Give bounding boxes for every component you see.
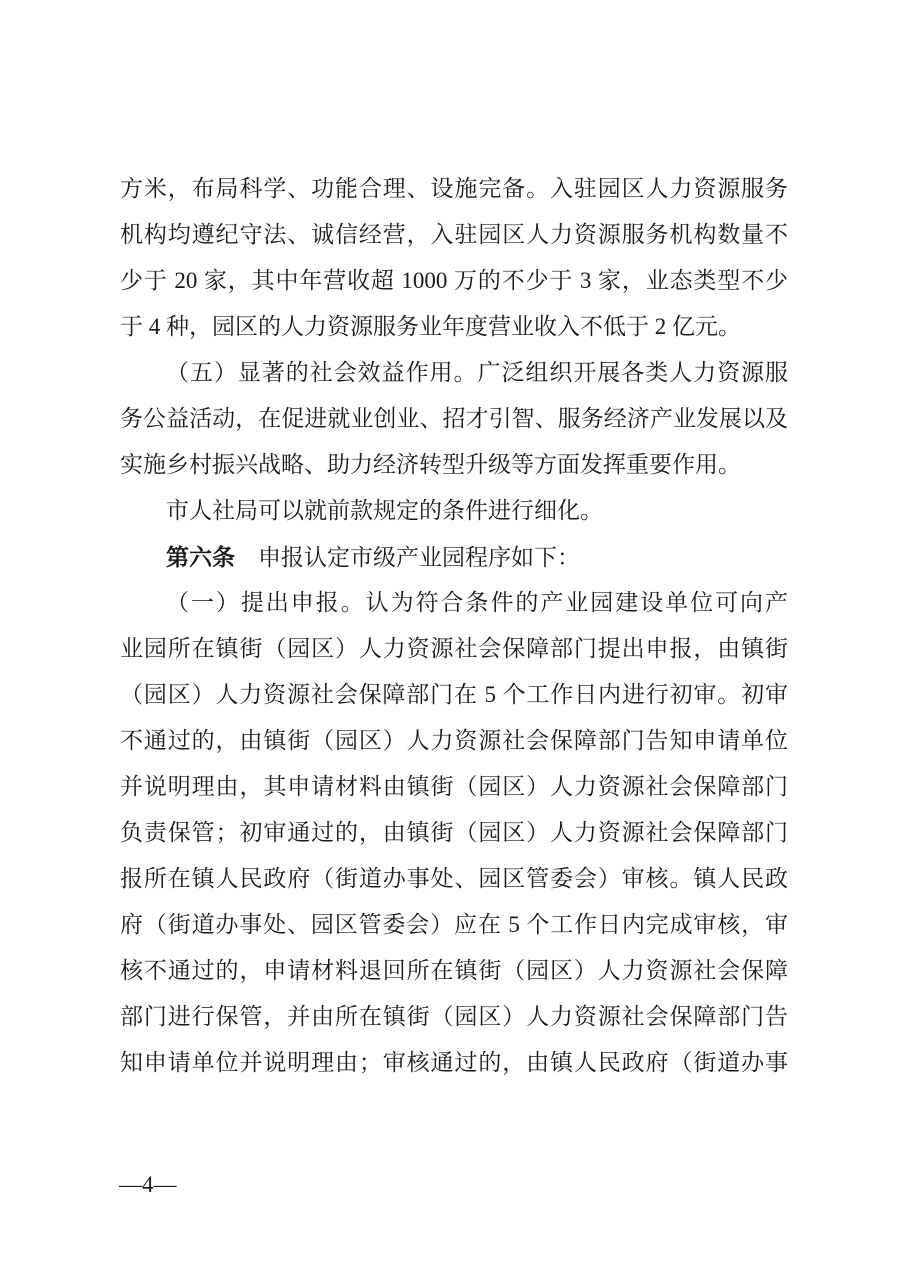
- body-line: 实施乡村振兴战略、助力经济转型升级等方面发挥重要作用。: [120, 442, 788, 488]
- body-line: 方米，布局科学、功能合理、设施完备。入驻园区人力资源服务: [120, 166, 788, 212]
- body-line: （园区）人力资源社会保障部门在 5 个工作日内进行初审。初审: [120, 672, 788, 718]
- body-line: 核不通过的，申请材料退回所在镇街（园区）人力资源社会保障: [120, 948, 788, 994]
- article-title: 申报认定市级产业园程序如下：: [258, 545, 580, 570]
- body-line: 府（街道办事处、园区管委会）应在 5 个工作日内完成审核，审: [120, 902, 788, 948]
- body-line: 部门进行保管，并由所在镇街（园区）人力资源社会保障部门告: [120, 994, 788, 1040]
- article-number: 第六条: [166, 544, 235, 570]
- article-heading: 第六条申报认定市级产业园程序如下：: [120, 534, 788, 580]
- body-line: 少于 20 家，其中年营收超 1000 万的不少于 3 家，业态类型不少: [120, 258, 788, 304]
- body-line: （五）显著的社会效益作用。广泛组织开展各类人力资源服: [120, 350, 788, 396]
- body-line: 市人社局可以就前款规定的条件进行细化。: [120, 488, 788, 534]
- body-line: 报所在镇人民政府（街道办事处、园区管委会）审核。镇人民政: [120, 856, 788, 902]
- body-line: 负责保管；初审通过的，由镇街（园区）人力资源社会保障部门: [120, 810, 788, 856]
- body-line: 务公益活动，在促进就业创业、招才引智、服务经济产业发展以及: [120, 396, 788, 442]
- page-number: —4—: [119, 1172, 177, 1198]
- body-line: 业园所在镇街（园区）人力资源社会保障部门提出申报，由镇街: [120, 626, 788, 672]
- body-line: 不通过的，由镇街（园区）人力资源社会保障部门告知申请单位: [120, 718, 788, 764]
- document-body: 方米，布局科学、功能合理、设施完备。入驻园区人力资源服务 机构均遵纪守法、诚信经…: [120, 166, 788, 1086]
- document-page: 方米，布局科学、功能合理、设施完备。入驻园区人力资源服务 机构均遵纪守法、诚信经…: [0, 0, 900, 1273]
- body-line: （一）提出申报。认为符合条件的产业园建设单位可向产: [120, 580, 788, 626]
- body-line: 知申请单位并说明理由；审核通过的，由镇人民政府（街道办事: [120, 1040, 788, 1086]
- body-line: 机构均遵纪守法、诚信经营，入驻园区人力资源服务机构数量不: [120, 212, 788, 258]
- body-line: 于 4 种，园区的人力资源服务业年度营业收入不低于 2 亿元。: [120, 304, 788, 350]
- body-line: 并说明理由，其申请材料由镇街（园区）人力资源社会保障部门: [120, 764, 788, 810]
